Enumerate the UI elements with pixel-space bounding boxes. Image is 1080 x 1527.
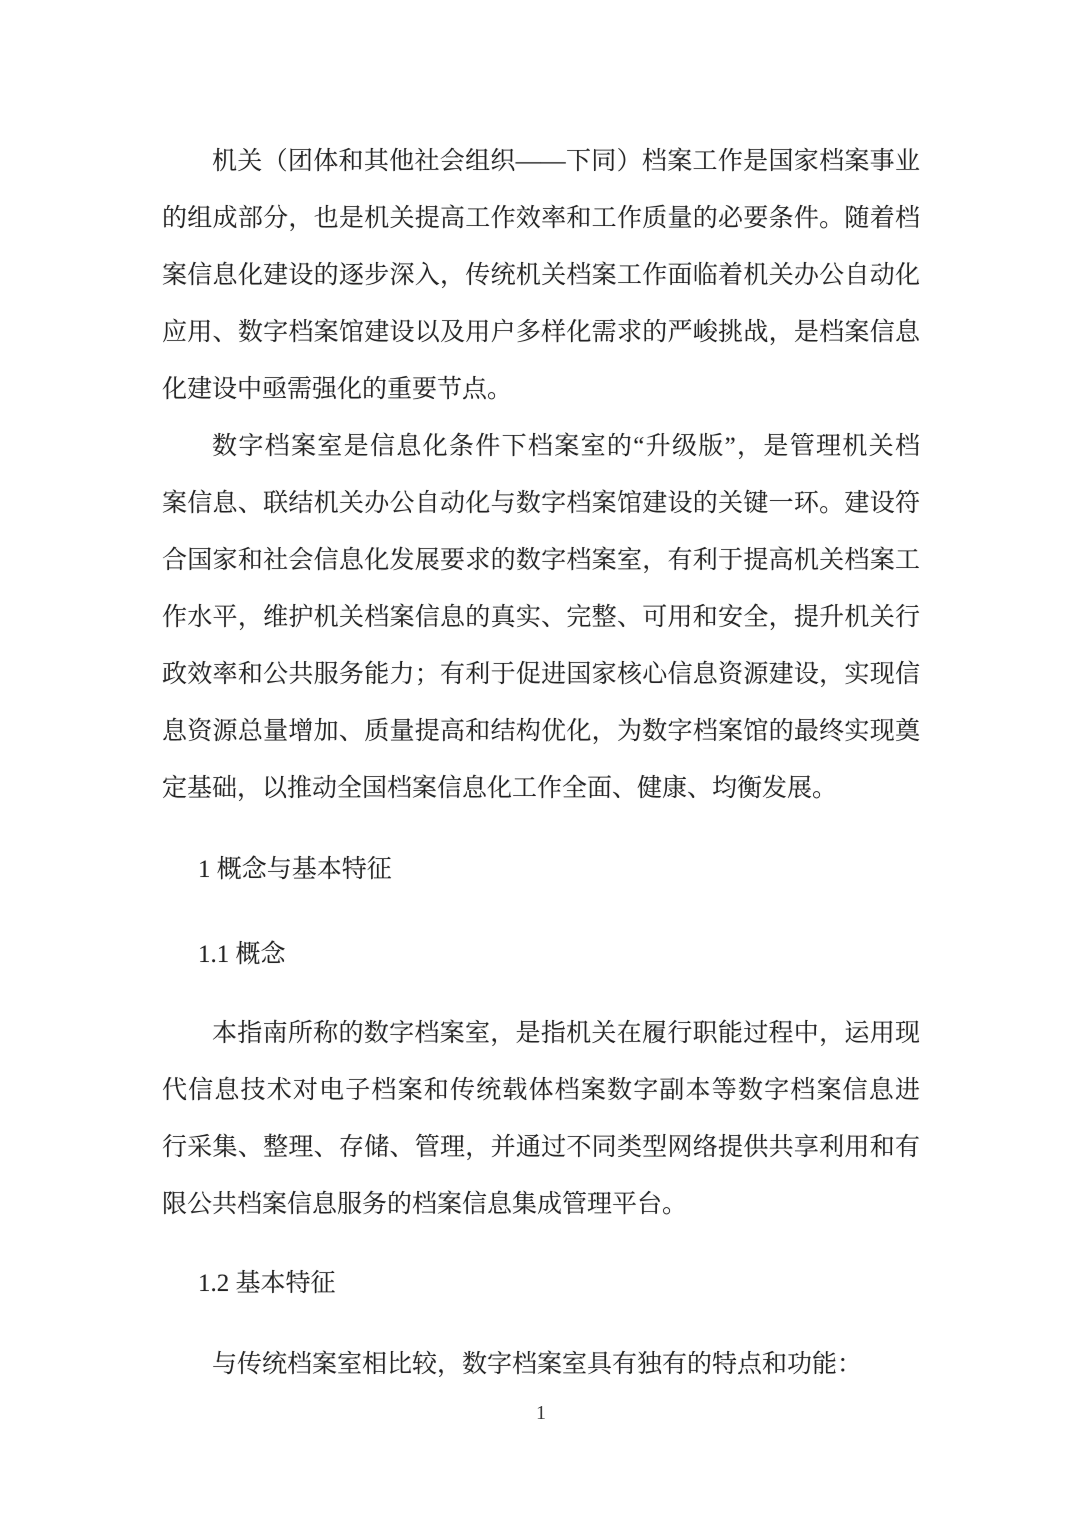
paragraph-line: 案信息化建设的逐步深入，传统机关档案工作面临着机关办公自动化 xyxy=(162,247,920,304)
subsection-heading-concept: 1.1 概念 xyxy=(162,926,920,983)
page-number: 1 xyxy=(162,1398,920,1428)
paragraph-line: 代信息技术对电子档案和传统载体档案数字副本等数字档案信息进 xyxy=(162,1062,920,1119)
paragraph-concept-definition: 本指南所称的数字档案室，是指机关在履行职能过程中，运用现 代信息技术对电子档案和… xyxy=(162,1005,920,1233)
paragraph-line: 的组成部分，也是机关提高工作效率和工作质量的必要条件。随着档 xyxy=(162,190,920,247)
paragraph-digital-archive-overview: 数字档案室是信息化条件下档案室的“升级版”，是管理机关档 案信息、联结机关办公自… xyxy=(162,418,920,817)
paragraph-line: 政效率和公共服务能力；有利于促进国家核心信息资源建设，实现信 xyxy=(162,646,920,703)
paragraph-line: 本指南所称的数字档案室，是指机关在履行职能过程中，运用现 xyxy=(162,1005,920,1062)
paragraph-intro: 机关（团体和其他社会组织——下同）档案工作是国家档案事业 的组成部分，也是机关提… xyxy=(162,133,920,418)
paragraph-comparison-lead-in: 与传统档案室相比较，数字档案室具有独有的特点和功能： xyxy=(162,1336,920,1393)
paragraph-line: 与传统档案室相比较，数字档案室具有独有的特点和功能： xyxy=(162,1336,920,1393)
paragraph-line: 案信息、联结机关办公自动化与数字档案馆建设的关键一环。建设符 xyxy=(162,475,920,532)
subsection-heading-basic-features: 1.2 基本特征 xyxy=(162,1255,920,1312)
paragraph-line: 化建设中亟需强化的重要节点。 xyxy=(162,361,920,418)
paragraph-line: 数字档案室是信息化条件下档案室的“升级版”，是管理机关档 xyxy=(162,418,920,475)
paragraph-line: 作水平，维护机关档案信息的真实、完整、可用和安全，提升机关行 xyxy=(162,589,920,646)
paragraph-line: 定基础，以推动全国档案信息化工作全面、健康、均衡发展。 xyxy=(162,760,920,817)
paragraph-line: 息资源总量增加、质量提高和结构优化，为数字档案馆的最终实现奠 xyxy=(162,703,920,760)
paragraph-line: 限公共档案信息服务的档案信息集成管理平台。 xyxy=(162,1176,920,1233)
paragraph-line: 应用、数字档案馆建设以及用户多样化需求的严峻挑战，是档案信息 xyxy=(162,304,920,361)
document-page: 机关（团体和其他社会组织——下同）档案工作是国家档案事业 的组成部分，也是机关提… xyxy=(0,0,1080,1527)
section-heading-concepts-and-features: 1 概念与基本特征 xyxy=(162,841,920,898)
document-content: 机关（团体和其他社会组织——下同）档案工作是国家档案事业 的组成部分，也是机关提… xyxy=(162,133,920,1428)
paragraph-line: 合国家和社会信息化发展要求的数字档案室，有利于提高机关档案工 xyxy=(162,532,920,589)
paragraph-line: 机关（团体和其他社会组织——下同）档案工作是国家档案事业 xyxy=(162,133,920,190)
paragraph-line: 行采集、整理、存储、管理，并通过不同类型网络提供共享利用和有 xyxy=(162,1119,920,1176)
